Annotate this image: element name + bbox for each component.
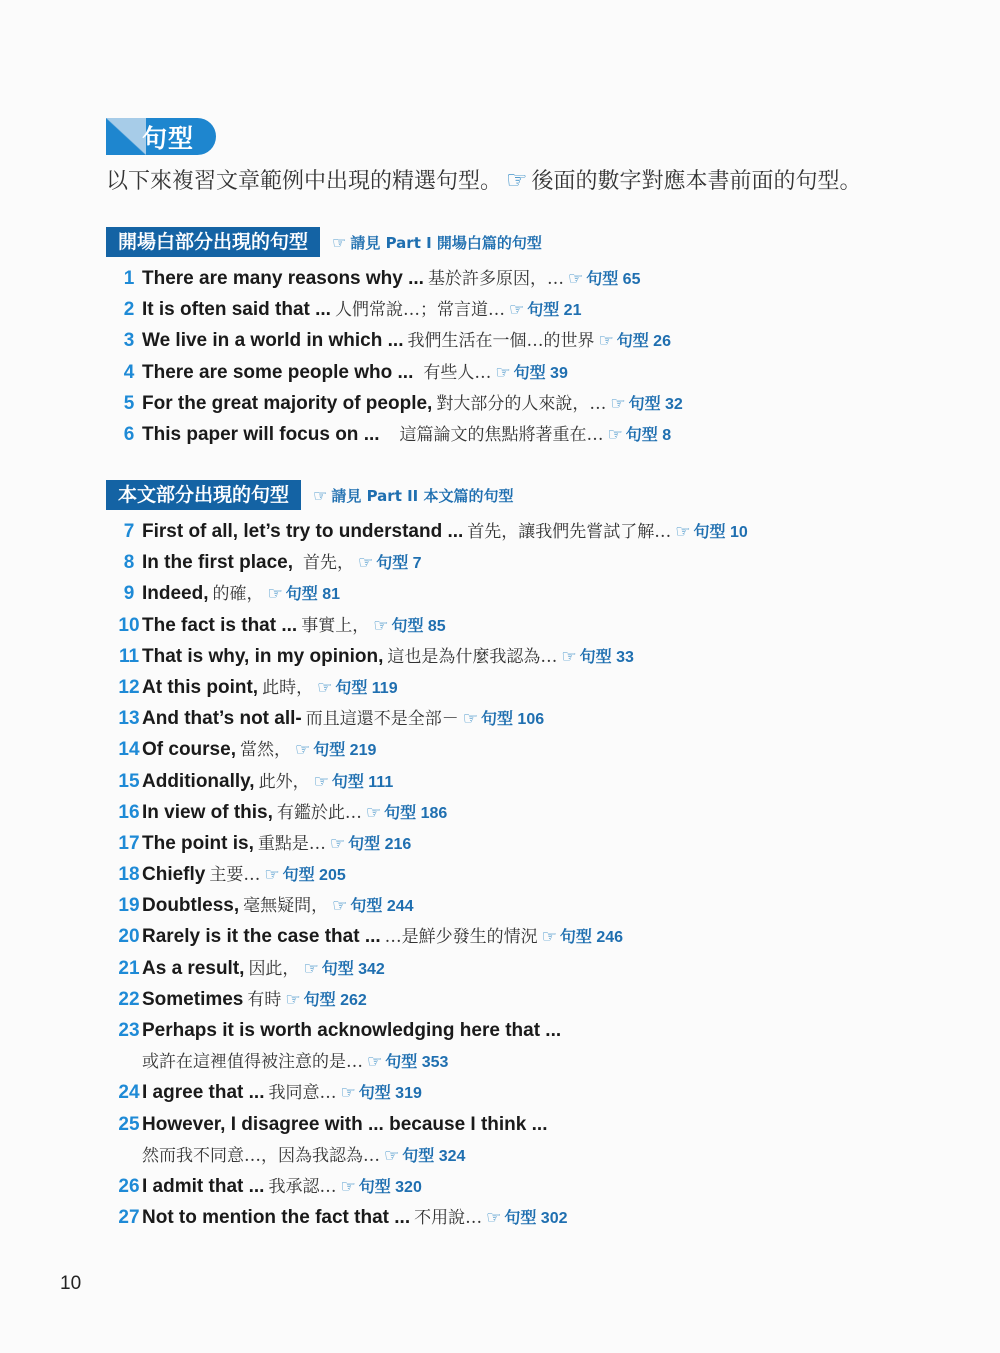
chinese-translation: 有時	[247, 990, 281, 1010]
chinese-translation: 對大部分的人來說，…	[436, 394, 606, 414]
pointing-hand-icon: ☞	[568, 264, 583, 295]
section-label: 開場白部分出現的句型	[106, 227, 320, 257]
list-item-continuation: 或許在這裡值得被注意的是…☞句型 353	[106, 1046, 748, 1077]
pattern-reference: ☞句型 106	[463, 711, 544, 728]
item-number: 13	[106, 703, 142, 734]
list-item: 20Rarely is it the case that ...…是鮮少發生的情…	[106, 921, 748, 952]
english-pattern: The point is,	[142, 833, 254, 854]
pointing-hand-icon: ☞	[675, 517, 690, 548]
english-pattern: Indeed,	[142, 583, 209, 604]
pointing-hand-icon: ☞	[486, 1203, 501, 1234]
list-item: 14Of course,當然，☞句型 219	[106, 734, 748, 765]
pattern-reference: ☞句型 186	[366, 805, 447, 822]
item-number: 15	[106, 766, 142, 797]
chinese-translation: 的確，	[213, 584, 264, 604]
pattern-reference: ☞句型 21	[509, 302, 582, 319]
title-tag-slant-decoration	[106, 118, 146, 155]
list-item: 7First of all, let’s try to understand .…	[106, 516, 748, 547]
chinese-translation: 這也是為什麼我認為…	[387, 647, 557, 667]
chinese-translation: 此外，	[259, 772, 310, 792]
chinese-translation: 有鑑於此…	[277, 803, 362, 823]
pointing-hand-icon: ☞	[506, 166, 528, 194]
pointing-hand-icon: ☞	[463, 704, 478, 735]
item-number: 18	[106, 859, 142, 890]
section-header-body: 本文部分出現的句型 ☞請見 Part II 本文篇的句型	[106, 480, 513, 510]
english-pattern: Sometimes	[142, 989, 243, 1010]
pointing-hand-icon: ☞	[330, 829, 345, 860]
list-item: 5For the great majority of people,對大部分的人…	[106, 388, 683, 419]
english-pattern: At this point,	[142, 677, 258, 698]
item-number: 26	[106, 1171, 142, 1202]
item-number: 25	[106, 1109, 142, 1140]
pattern-reference: ☞句型 32	[610, 396, 683, 413]
list-item: 9Indeed,的確，☞句型 81	[106, 578, 748, 609]
english-pattern: I agree that ...	[142, 1082, 264, 1103]
chinese-translation: …是鮮少發生的情況	[385, 927, 538, 947]
pattern-reference: ☞句型 81	[268, 586, 341, 603]
item-number: 4	[106, 357, 142, 388]
intro-text: 以下來複習文章範例中出現的精選句型。☞後面的數字對應本書前面的句型。	[106, 164, 862, 195]
see-also-link: ☞請見 Part I 開場白篇的句型	[332, 232, 542, 253]
pattern-reference: ☞句型 85	[373, 618, 446, 635]
list-item: 16In view of this,有鑑於此…☞句型 186	[106, 797, 748, 828]
page-title-tag: 句型	[106, 118, 216, 155]
pattern-reference: ☞句型 65	[568, 271, 641, 288]
list-item: 25However, I disagree with ... because I…	[106, 1109, 748, 1140]
pointing-hand-icon: ☞	[332, 891, 347, 922]
item-number: 20	[106, 921, 142, 952]
pattern-reference: ☞句型 302	[486, 1210, 567, 1227]
page-number: 10	[60, 1273, 81, 1295]
see-also-text: 請見 Part II 本文篇的句型	[331, 487, 513, 505]
english-pattern: There are many reasons why ...	[142, 268, 424, 289]
pattern-reference: ☞句型 246	[542, 929, 623, 946]
english-pattern: It is often said that ...	[142, 299, 331, 320]
item-number: 10	[106, 610, 142, 641]
chinese-translation: 我承認…	[268, 1177, 336, 1197]
chinese-translation: 因此，	[248, 959, 299, 979]
pointing-hand-icon: ☞	[358, 548, 373, 579]
item-number: 1	[106, 263, 142, 294]
chinese-translation: 這篇論文的焦點將著重在…	[400, 425, 604, 445]
english-pattern: As a result,	[142, 958, 244, 979]
pointing-hand-icon: ☞	[340, 1078, 355, 1109]
pattern-reference: ☞句型 10	[675, 524, 748, 541]
item-number: 3	[106, 325, 142, 356]
pointing-hand-icon: ☞	[366, 798, 381, 829]
pattern-reference: ☞句型 111	[314, 774, 394, 791]
pointing-hand-icon: ☞	[561, 642, 576, 673]
english-pattern: There are some people who ...	[142, 362, 413, 383]
pattern-reference: ☞句型 33	[561, 649, 634, 666]
intro-before: 以下來複習文章範例中出現的精選句型。	[106, 169, 502, 194]
chinese-translation: 我們生活在一個…的世界	[407, 331, 594, 351]
list-item: 4There are some people who ...有些人…☞句型 39	[106, 357, 683, 388]
english-pattern: For the great majority of people,	[142, 393, 432, 414]
pattern-reference: ☞句型 119	[317, 680, 398, 697]
item-number: 8	[106, 547, 142, 578]
item-number: 23	[106, 1015, 142, 1046]
english-pattern: Chiefly	[142, 864, 205, 885]
chinese-translation: 主要…	[209, 865, 260, 885]
pattern-reference: ☞句型 342	[303, 961, 384, 978]
chinese-translation: 事實上，	[301, 616, 369, 636]
pointing-hand-icon: ☞	[608, 420, 623, 451]
pattern-reference: ☞句型 39	[495, 365, 568, 382]
pointing-hand-icon: ☞	[495, 358, 510, 389]
list-item: 27Not to mention the fact that ...不用說…☞句…	[106, 1202, 748, 1233]
item-number: 16	[106, 797, 142, 828]
chinese-translation: 或許在這裡值得被注意的是…	[142, 1052, 363, 1072]
chinese-translation: 首先，	[303, 553, 354, 573]
list-item: 11That is why, in my opinion,這也是為什麼我認為…☞…	[106, 641, 748, 672]
list-item: 8In the first place,首先，☞句型 7	[106, 547, 748, 578]
pointing-hand-icon: ☞	[340, 1172, 355, 1203]
list-item: 21As a result,因此，☞句型 342	[106, 953, 748, 984]
list-item: 2It is often said that ...人們常說…；常言道…☞句型 …	[106, 294, 683, 325]
list-item: 1There are many reasons why ...基於許多原因，…☞…	[106, 263, 683, 294]
list-item: 17The point is,重點是…☞句型 216	[106, 828, 748, 859]
pointing-hand-icon: ☞	[332, 233, 346, 252]
pattern-reference: ☞句型 7	[358, 555, 422, 572]
pointing-hand-icon: ☞	[598, 326, 613, 357]
pattern-reference: ☞句型 219	[295, 742, 376, 759]
list-item: 24I agree that ...我同意…☞句型 319	[106, 1077, 748, 1108]
pointing-hand-icon: ☞	[313, 486, 327, 505]
pattern-reference: ☞句型 205	[264, 867, 345, 884]
list-item: 3We live in a world in which ...我們生活在一個……	[106, 325, 683, 356]
item-number: 6	[106, 419, 142, 450]
english-pattern: And that’s not all-	[142, 708, 302, 729]
chinese-translation: 首先，讓我們先嘗試了解…	[467, 522, 671, 542]
pointing-hand-icon: ☞	[285, 985, 300, 1016]
item-number: 17	[106, 828, 142, 859]
page-title: 句型	[142, 119, 194, 155]
intro-after: 後面的數字對應本書前面的句型。	[532, 169, 862, 194]
pattern-list-opening: 1There are many reasons why ...基於許多原因，…☞…	[106, 263, 683, 450]
pattern-reference: ☞句型 216	[330, 836, 411, 853]
pattern-reference: ☞句型 262	[285, 992, 366, 1009]
list-item: 19Doubtless,毫無疑問，☞句型 244	[106, 890, 748, 921]
english-pattern: That is why, in my opinion,	[142, 646, 383, 667]
pointing-hand-icon: ☞	[303, 954, 318, 985]
list-item: 18Chiefly主要…☞句型 205	[106, 859, 748, 890]
pointing-hand-icon: ☞	[314, 767, 329, 798]
pattern-reference: ☞句型 353	[367, 1054, 448, 1071]
pointing-hand-icon: ☞	[295, 735, 310, 766]
english-pattern: However, I disagree with ... because I t…	[142, 1114, 547, 1135]
chinese-translation: 重點是…	[258, 834, 326, 854]
chinese-translation: 人們常說…；常言道…	[335, 300, 505, 320]
list-item: 26I admit that ...我承認…☞句型 320	[106, 1171, 748, 1202]
pointing-hand-icon: ☞	[264, 860, 279, 891]
english-pattern: First of all, let’s try to understand ..…	[142, 521, 463, 542]
item-number: 2	[106, 294, 142, 325]
english-pattern: The fact is that ...	[142, 615, 297, 636]
see-also-text: 請見 Part I 開場白篇的句型	[350, 234, 542, 252]
pointing-hand-icon: ☞	[610, 389, 625, 420]
pattern-reference: ☞句型 319	[340, 1085, 421, 1102]
chinese-translation: 此時，	[262, 678, 313, 698]
see-also-link: ☞請見 Part II 本文篇的句型	[313, 485, 513, 506]
list-item: 15Additionally,此外，☞句型 111	[106, 766, 748, 797]
list-item: 13And that’s not all-而且這還不是全部－☞句型 106	[106, 703, 748, 734]
list-item-continuation: 然而我不同意…，因為我認為…☞句型 324	[106, 1140, 748, 1171]
item-number: 22	[106, 984, 142, 1015]
pattern-list-body: 7First of all, let’s try to understand .…	[106, 516, 748, 1233]
english-pattern: Perhaps it is worth acknowledging here t…	[142, 1020, 561, 1041]
item-number: 9	[106, 578, 142, 609]
pointing-hand-icon: ☞	[384, 1141, 399, 1172]
chinese-translation: 而且這還不是全部－	[306, 709, 459, 729]
pointing-hand-icon: ☞	[317, 673, 332, 704]
chinese-translation: 當然，	[240, 740, 291, 760]
pattern-reference: ☞句型 324	[384, 1148, 465, 1165]
english-pattern: In view of this,	[142, 802, 273, 823]
english-pattern: Rarely is it the case that ...	[142, 926, 381, 947]
pattern-reference: ☞句型 244	[332, 898, 413, 915]
pointing-hand-icon: ☞	[373, 611, 388, 642]
english-pattern: Of course,	[142, 739, 236, 760]
item-number: 12	[106, 672, 142, 703]
item-number: 24	[106, 1077, 142, 1108]
pattern-reference: ☞句型 26	[598, 333, 671, 350]
item-number: 7	[106, 516, 142, 547]
item-number: 5	[106, 388, 142, 419]
english-pattern: This paper will focus on ...	[142, 424, 380, 445]
pattern-reference: ☞句型 8	[608, 427, 672, 444]
pointing-hand-icon: ☞	[268, 579, 283, 610]
pointing-hand-icon: ☞	[509, 295, 524, 326]
list-item: 23Perhaps it is worth acknowledging here…	[106, 1015, 748, 1046]
english-pattern: Additionally,	[142, 771, 255, 792]
list-item: 6This paper will focus on ...這篇論文的焦點將著重在…	[106, 419, 683, 450]
english-pattern: In the first place,	[142, 552, 293, 573]
pattern-reference: ☞句型 320	[340, 1179, 421, 1196]
chinese-translation: 然而我不同意…，因為我認為…	[142, 1146, 380, 1166]
item-number: 27	[106, 1202, 142, 1233]
english-pattern: I admit that ...	[142, 1176, 264, 1197]
list-item: 22Sometimes有時☞句型 262	[106, 984, 748, 1015]
pointing-hand-icon: ☞	[367, 1047, 382, 1078]
chinese-translation: 不用說…	[414, 1208, 482, 1228]
item-number: 11	[106, 641, 142, 672]
chinese-translation: 毫無疑問，	[243, 896, 328, 916]
english-pattern: Doubtless,	[142, 895, 239, 916]
english-pattern: We live in a world in which ...	[142, 330, 403, 351]
list-item: 10The fact is that ...事實上，☞句型 85	[106, 610, 748, 641]
chinese-translation: 有些人…	[423, 363, 491, 383]
item-number: 21	[106, 953, 142, 984]
pointing-hand-icon: ☞	[542, 922, 557, 953]
item-number: 19	[106, 890, 142, 921]
english-pattern: Not to mention the fact that ...	[142, 1207, 410, 1228]
chinese-translation: 我同意…	[268, 1083, 336, 1103]
section-header-opening: 開場白部分出現的句型 ☞請見 Part I 開場白篇的句型	[106, 227, 542, 257]
section-label: 本文部分出現的句型	[106, 480, 301, 510]
list-item: 12At this point,此時，☞句型 119	[106, 672, 748, 703]
chinese-translation: 基於許多原因，…	[428, 269, 564, 289]
item-number: 14	[106, 734, 142, 765]
